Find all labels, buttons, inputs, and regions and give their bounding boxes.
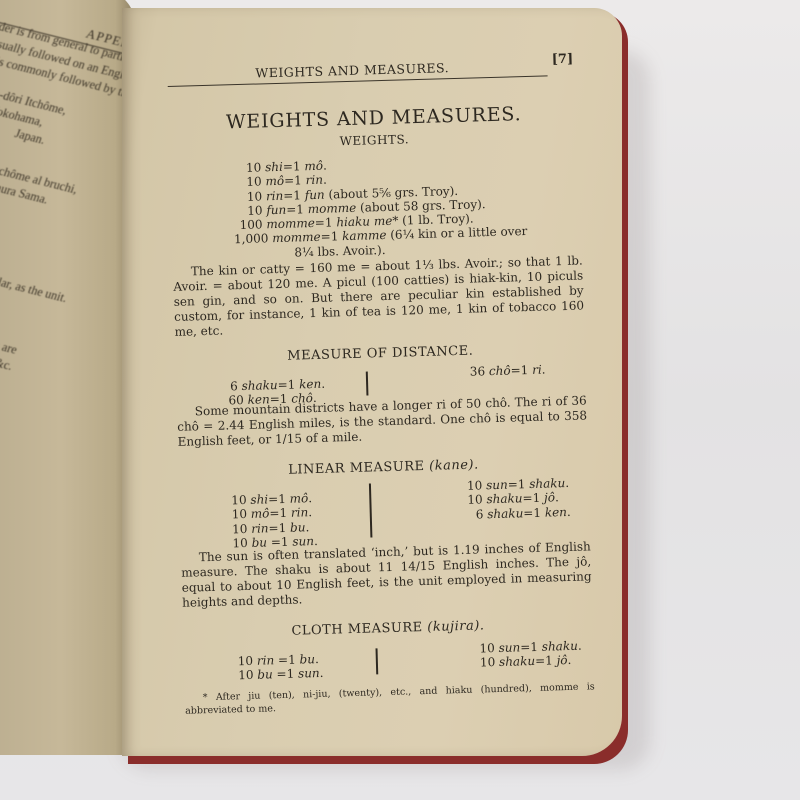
cloth-table: 10 rin =1 bu. 10 bu =1 sun. 10 sun=1 sha… bbox=[183, 638, 594, 685]
page-content: WEIGHTS AND MEASURES. [7] WEIGHTS AND ME… bbox=[167, 49, 595, 718]
distance-row: 36 chô=1 ri. bbox=[470, 362, 586, 380]
left-page-content: APPENDIX. order is from general to parti… bbox=[0, 0, 135, 752]
money-title: MONEY. bbox=[0, 226, 3, 263]
left-text-line: country the old denominations are bbox=[0, 303, 19, 359]
running-title: WEIGHTS AND MEASURES. bbox=[255, 60, 449, 80]
cloth-heading: CLOTH MEASURE (kujira). bbox=[183, 615, 593, 641]
left-page: APPENDIX. order is from general to parti… bbox=[0, 0, 135, 755]
weights-paragraph: The kin or catty = 160 me = about 1⅓ lbs… bbox=[173, 254, 585, 340]
linear-table: 10 shi=1 mô. 10 mô=1 rin. 10 rin=1 bu. 1… bbox=[179, 475, 591, 546]
linear-row: 6 shaku=1 ken. bbox=[476, 504, 590, 521]
cloth-row: 10 shaku=1 jô. bbox=[480, 653, 594, 670]
weights-table: 10 shi=1 mô. 10 mô=1 rin. 10 rin=1 fun (… bbox=[246, 152, 583, 261]
footnote: * After jiu (ten), ni-jiu, (twenty), etc… bbox=[185, 680, 596, 717]
running-head: WEIGHTS AND MEASURES. [7] bbox=[167, 49, 548, 87]
left-text-line: Japan. bbox=[12, 126, 47, 149]
right-page: WEIGHTS AND MEASURES. [7] WEIGHTS AND ME… bbox=[122, 8, 622, 756]
page-number: [7] bbox=[552, 52, 574, 68]
left-text-line: imal, with the yen, or dollar, as the un… bbox=[0, 245, 69, 307]
